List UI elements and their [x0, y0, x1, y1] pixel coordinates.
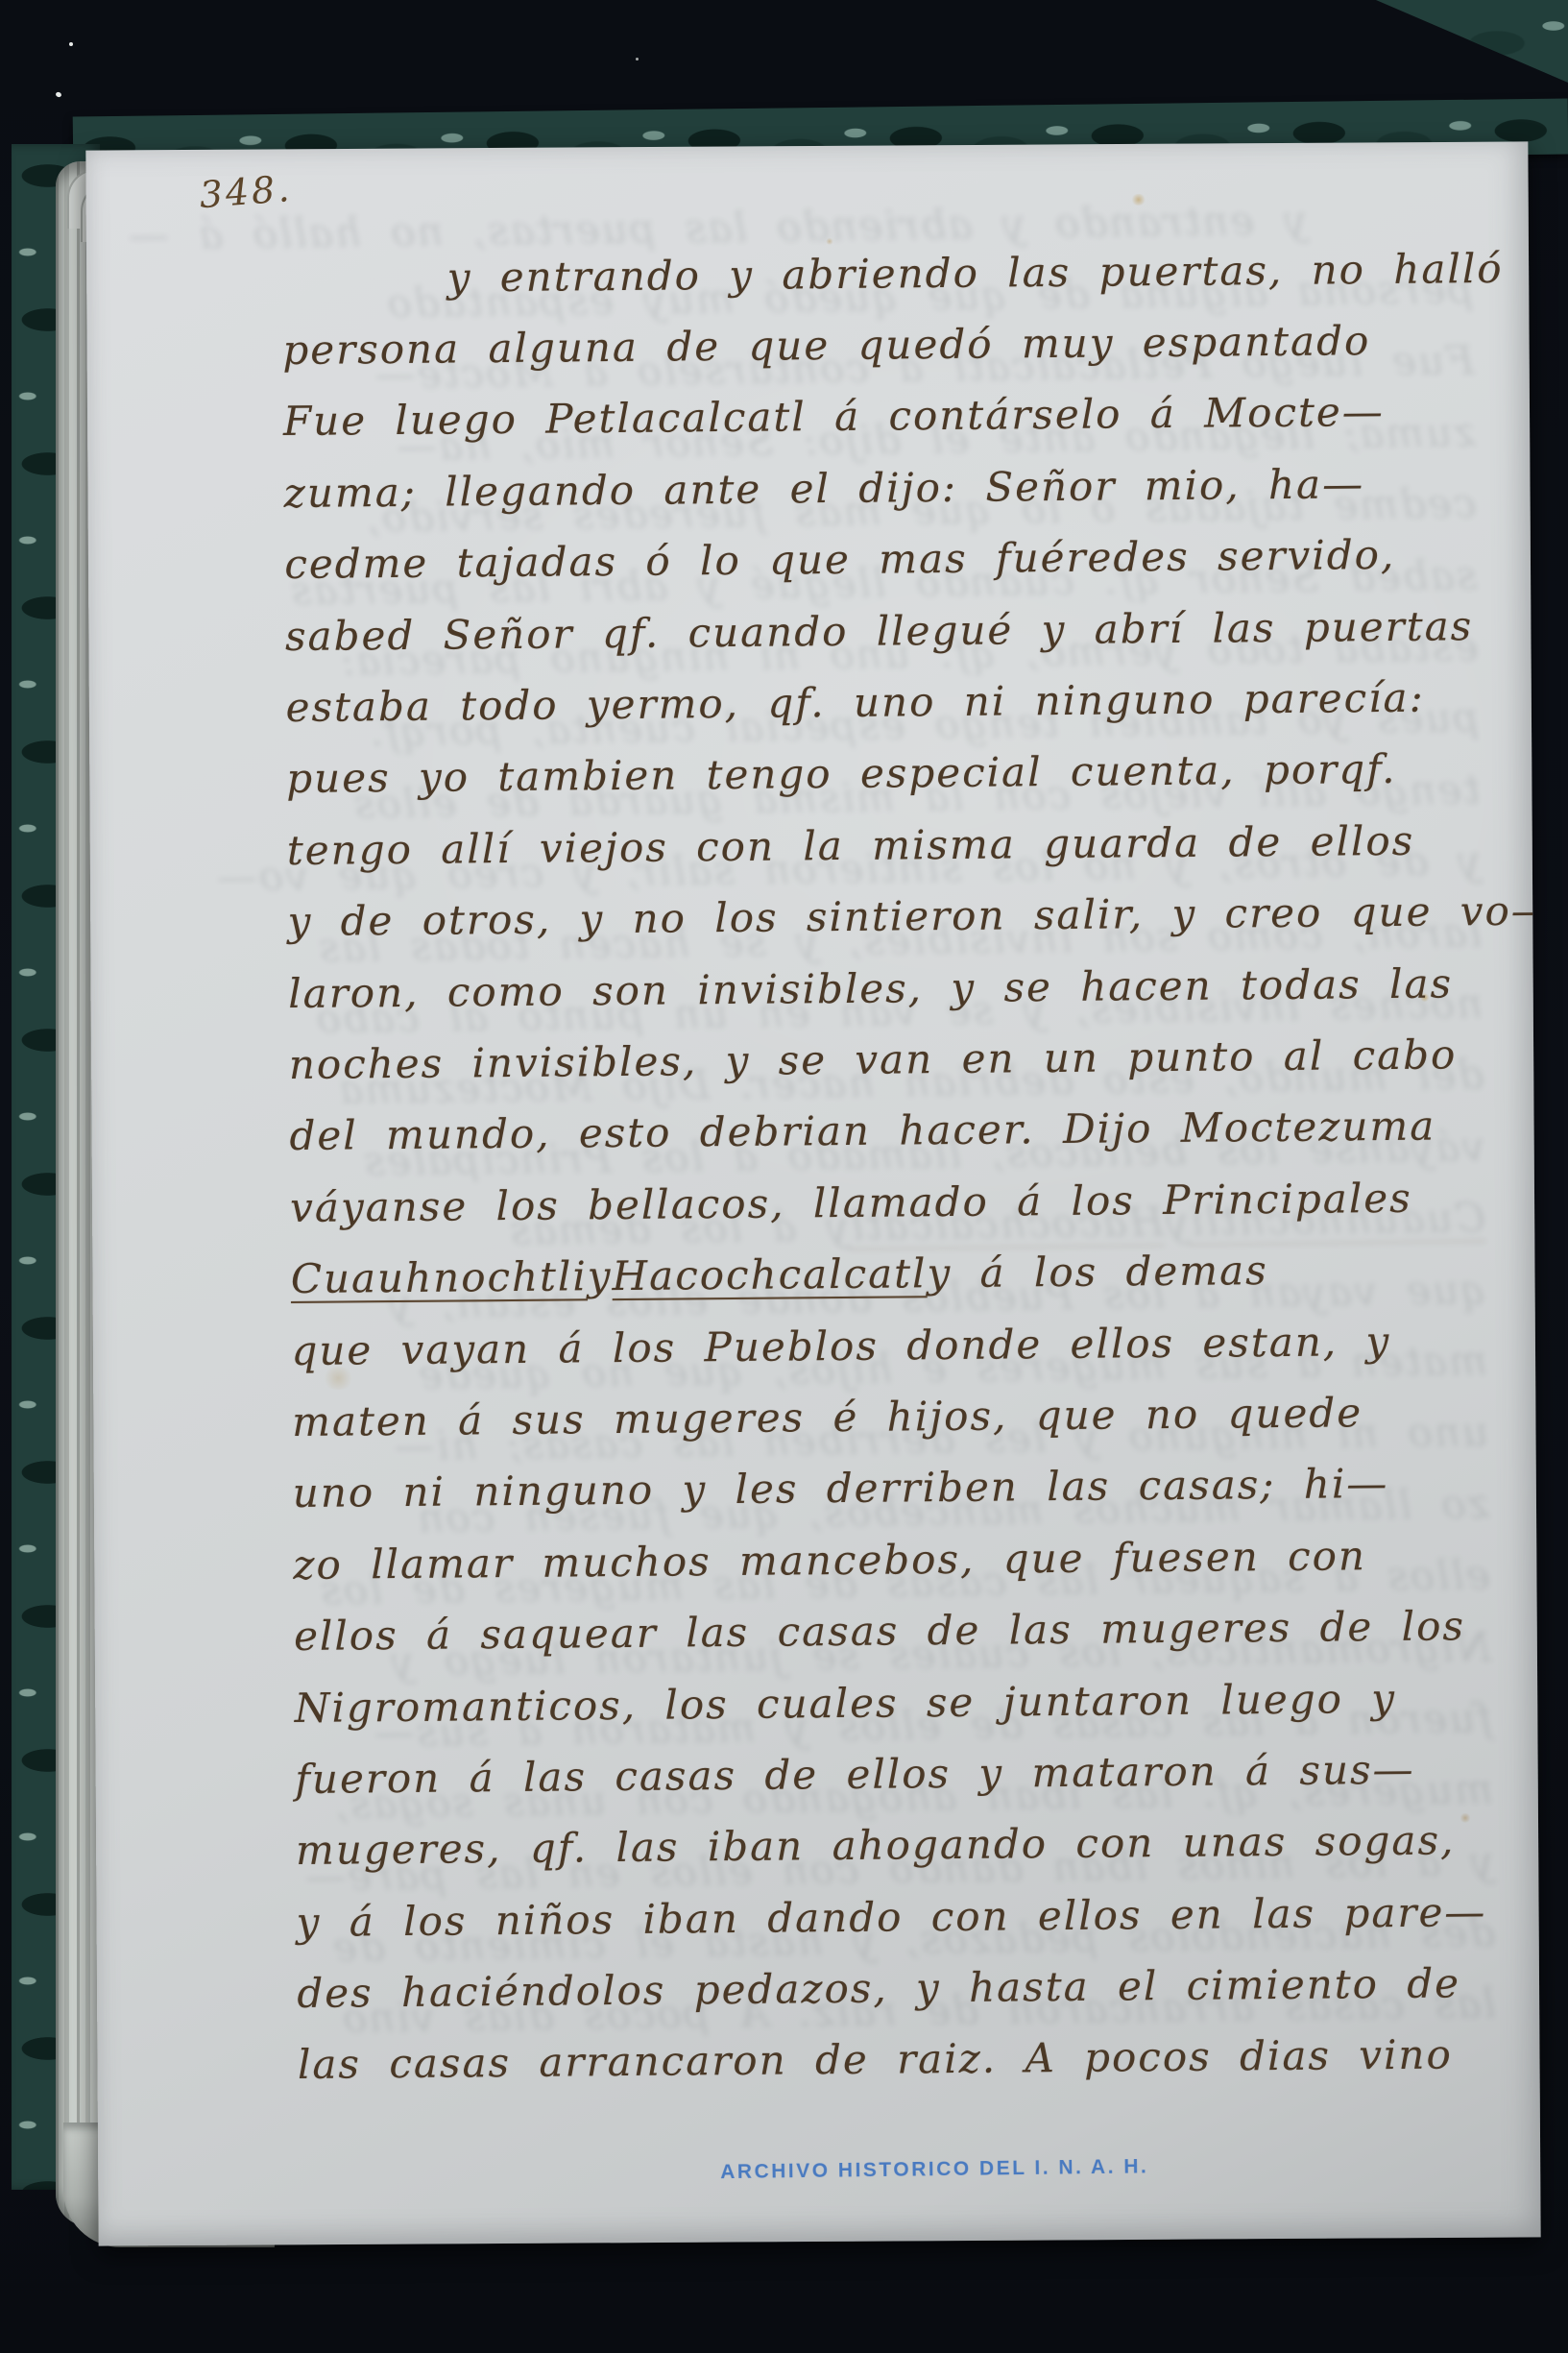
manuscript-line: sabed Señor qf. cuando llegué y abrí las… [285, 590, 1506, 671]
manuscript-line: persona alguna de que quedó muy espantad… [282, 303, 1503, 385]
line-text: laron, como son invisibles, y se hacen t… [288, 959, 1453, 1017]
line-text: y [588, 1252, 613, 1299]
line-text: y á los niños iban dando con ellos en la… [296, 1888, 1486, 1946]
manuscript-line: Fue luego Petlacalcatl á contárselo á Mo… [283, 376, 1504, 457]
manuscript-line: ellos á saquear las casas de las mugeres… [294, 1589, 1514, 1671]
line-text: maten á sus mugeres é hijos, que no qued… [292, 1389, 1363, 1445]
manuscript-line: pues yo tambien tengo especial cuenta, p… [286, 733, 1507, 814]
line-text: zuma; llegando ante el dijo: Señor mio, … [283, 460, 1364, 517]
foxing-stain [1131, 194, 1146, 206]
line-text: noches invisibles, y se van en un punto … [289, 1031, 1458, 1088]
dust-speck [636, 58, 639, 61]
manuscript-line: cedme tajadas ó lo que mas fuéredes serv… [284, 518, 1505, 599]
underlined-name: Hacochcalcatl [612, 1249, 927, 1299]
line-text: des haciéndolos pedazos, y hasta el cimi… [297, 1959, 1460, 2017]
manuscript-line: y entrando y abriendo las puertas, no ha… [281, 232, 1502, 314]
line-text: zo llamar muchos mancebos, que fuesen co… [293, 1532, 1366, 1589]
line-text: que vayan á los Pueblos donde ellos esta… [291, 1318, 1390, 1374]
manuscript-line: y de otros, y no los sintieron salir, y … [287, 875, 1508, 957]
manuscript-line: váyanse los bellacos, llamado á los Prin… [290, 1161, 1510, 1243]
line-text: ellos á saquear las casas de las mugeres… [294, 1602, 1465, 1660]
manuscript-line: estaba todo yermo, qf. uno ni ninguno pa… [285, 661, 1506, 742]
line-text: tengo allí viejos con la misma guarda de… [287, 817, 1415, 874]
manuscript-text: y entrando y abriendo las puertas, no ha… [281, 232, 1517, 2100]
manuscript-line: fueron á las casas de ellos y mataron á … [295, 1733, 1515, 1814]
manuscript-line: maten á sus mugeres é hijos, que no qued… [292, 1375, 1512, 1457]
manuscript-line: del mundo, esto debrian hacer. Dijo Moct… [289, 1090, 1509, 1172]
book-cover-corner [1376, 0, 1568, 83]
manuscript-line: uno ni ninguno y les derriben las casas;… [292, 1447, 1512, 1529]
line-text: del mundo, esto debrian hacer. Dijo Moct… [289, 1103, 1435, 1159]
line-text: Nigromanticos, los cuales se juntaron lu… [295, 1674, 1397, 1731]
line-text: Fue luego Petlacalcatl á contárselo á Mo… [283, 388, 1385, 445]
manuscript-line: laron, como son invisibles, y se hacen t… [288, 947, 1508, 1029]
line-text: y á los demas [927, 1247, 1268, 1297]
manuscript-line: mugeres, qf. las iban ahogando con unas … [296, 1804, 1516, 1885]
manuscript-line: que vayan á los Pueblos donde ellos esta… [291, 1304, 1511, 1386]
underlined-name: Cuauhnochtli [291, 1252, 588, 1302]
line-text: uno ni ninguno y les derriben las casas;… [293, 1460, 1389, 1516]
line-text: fueron á las casas de ellos y mataron á … [295, 1746, 1415, 1803]
manuscript-line: Cuauhnochtli y Hacochcalcatl y á los dem… [291, 1232, 1511, 1314]
line-text: y de otros, y no los sintieron salir, y … [287, 887, 1540, 946]
dust-speck [69, 42, 73, 46]
line-text: cedme tajadas ó lo que mas fuéredes serv… [284, 531, 1395, 588]
line-text: y entrando y abriendo las puertas, no ha… [447, 243, 1541, 301]
line-text: pues yo tambien tengo especial cuenta, p… [286, 745, 1397, 802]
manuscript-line: zo llamar muchos mancebos, que fuesen co… [293, 1518, 1513, 1600]
line-text: estaba todo yermo, qf. uno ni ninguno pa… [285, 674, 1425, 731]
line-text: váyanse los bellacos, llamado á los Prin… [290, 1175, 1412, 1231]
manuscript-line: noches invisibles, y se van en un punto … [289, 1018, 1509, 1100]
photo-background: y entrando y abriendo las puertas, no ha… [0, 0, 1568, 2353]
line-text: mugeres, qf. las iban ahogando con unas … [296, 1817, 1456, 1875]
line-text: persona alguna de que quedó muy espantad… [282, 317, 1370, 374]
manuscript-line: tengo allí viejos con la misma guarda de… [287, 804, 1508, 885]
line-text: las casas arrancaron de raiz. A pocos di… [298, 2031, 1453, 2088]
manuscript-line: Nigromanticos, los cuales se juntaron lu… [294, 1662, 1514, 1743]
manuscript-line: las casas arrancaron de raiz. A pocos di… [298, 2019, 1518, 2100]
page-number: 348. [198, 167, 294, 216]
manuscript-line: y á los niños iban dando con ellos en la… [296, 1876, 1516, 1957]
archive-stamp: ARCHIVO HISTORICO DEL I. N. A. H. [720, 2155, 1148, 2184]
manuscript-page: y entrando y abriendo las puertas, no ha… [85, 141, 1540, 2245]
manuscript-line: des haciéndolos pedazos, y hasta el cimi… [297, 1947, 1517, 2028]
line-text: sabed Señor qf. cuando llegué y abrí las… [285, 602, 1474, 660]
manuscript-line: zuma; llegando ante el dijo: Señor mio, … [283, 447, 1504, 528]
dust-speck [55, 91, 62, 98]
